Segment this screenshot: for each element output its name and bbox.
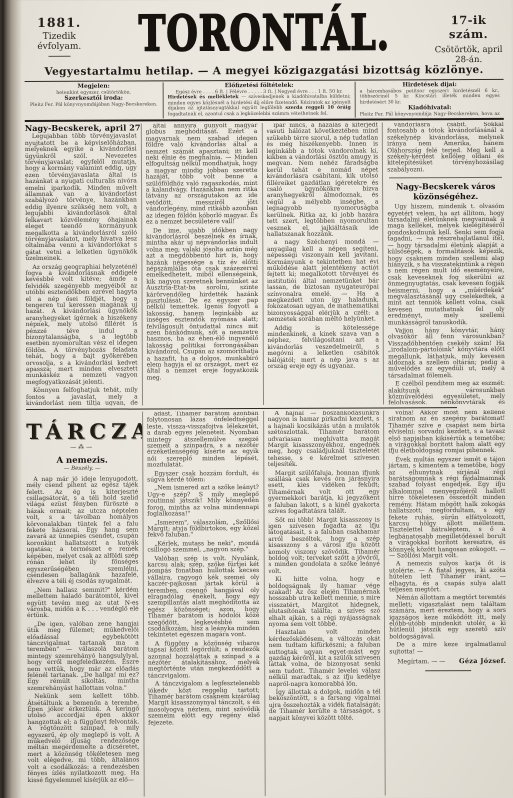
- paragraph: Így állottak a dolgok, midőn a tél bekös…: [269, 690, 381, 723]
- column-2: által annyira gunyolt magyar globus megh…: [146, 123, 264, 406]
- paragraph: Az ország geographiai helyzeténél fogva …: [25, 264, 137, 386]
- paragraph: „De igen, valóban zene hangjai ütik meg …: [27, 621, 139, 692]
- paragraph: Addig is kötelessége mindenkinek, a kine…: [267, 325, 379, 370]
- paragraph: Valóban szép is volt. Nyulánk, karcsu al…: [147, 556, 259, 640]
- scan-binding-edge: [0, 0, 22, 798]
- paragraph: Margit szülőfaluja, honnan ifjunk szállá…: [268, 470, 380, 515]
- paragraph: A nap már jó ideje lenyugodott, mély cse…: [26, 476, 138, 585]
- paragraph: A függöny a közönség viharos tapsai közö…: [148, 641, 260, 680]
- info-appearance: Megjelen: hetenkint egyszer, csütörtökön…: [25, 82, 163, 119]
- paragraph: Vajjon hány könyvtár, hány olvasókör áll…: [388, 328, 505, 380]
- divider: [48, 56, 70, 57]
- info-text: a háromhasábos petitsor egyszeri hirdeté…: [360, 89, 500, 106]
- column-4: volna! Akkor most nem kellene siratnom a…: [388, 410, 506, 796]
- ornament-flourish: —⁂—: [26, 444, 138, 451]
- issue-date: Csötörtök, april 28-án.: [434, 45, 504, 65]
- masthead-left: 1881. Tizedik évfolyam.: [24, 15, 94, 57]
- story-text: volna! Akkor most nem kellene siratnom a…: [388, 410, 506, 656]
- paragraph: volna! Akkor most nem kellene siratnom a…: [388, 410, 505, 455]
- paragraph: De a mire keze irgalmatlanul sujtotta! —: [389, 642, 506, 655]
- paragraph: A tánczvigalom a legfesztelenebb jókedv …: [148, 681, 260, 726]
- paragraph: E czélból pendítem meg az eszmét: alakít…: [388, 381, 505, 404]
- paragraph: „Nem hallasz semmit?" kérdém mellettem h…: [27, 587, 139, 620]
- paragraph: adást, Tihamér barátom azonban folytonos…: [147, 411, 259, 469]
- publication-year: 1881.: [24, 15, 94, 30]
- publication-info-bar: Megjelen: hetenkint egyszer, csütörtökön…: [25, 81, 504, 119]
- info-bold: szerda reggeli 10 óráig: [285, 106, 350, 111]
- column-2: adást, Tihamér barátom azonban folytonos…: [147, 411, 265, 797]
- article-text: ipar nincs, a házalás a kiterjedt vasuti…: [266, 122, 379, 370]
- paragraph: Évek multán egyszer ismét e tájon jártam…: [389, 457, 506, 560]
- paragraph: vándorlásra csábit. Sokkal fontosabb a t…: [387, 122, 504, 174]
- paragraph: De ime, ujabb időkben nagy kivándorlásró…: [146, 227, 258, 381]
- paragraph: A hajnal — boszankodásunkra nagyon is ha…: [268, 410, 380, 468]
- masthead: 1881. Tizedik évfolyam. TORONTÁL. 17-ik …: [24, 4, 503, 68]
- column-1: TÁRCZA. —⁂— A nemezis. — Beszély. — A na…: [26, 411, 144, 797]
- masthead-center: TORONTÁL.: [94, 4, 434, 61]
- story-text: A nap már jó ideje lenyugodott, mély cse…: [26, 476, 139, 784]
- info-subscription: Előfizetési föltételek: Egész évre . . .…: [163, 82, 356, 119]
- paragraph: „Ismerem", válaszolám, „Szőllősi Margit;…: [147, 519, 259, 539]
- paragraph: ipar nincs, a házalás a kiterjedt vasuti…: [266, 122, 378, 238]
- lead-article-section: Nagy-Becskerek, april 27-én. Legujabban …: [25, 122, 505, 406]
- newspaper-subtitle: Vegyestartalmu hetilap. — A megyei közig…: [25, 64, 504, 78]
- paragraph: „Nem ismered azt a szőke leányt? Ugy-e s…: [147, 485, 259, 518]
- info-text: Pleitz Fer. Pál könyvnyomdájában Nagy-Be…: [29, 102, 159, 108]
- address-headline: Nagy-Becskerek város közönségéhez.: [389, 177, 502, 201]
- paragraph: Legujabban több törvényjavaslat nyujtato…: [25, 134, 137, 263]
- column-4: vándorlásra csábit. Sokkal fontosabb a t…: [387, 122, 505, 405]
- paragraph: Nekünk sem kellett több. Átsétáltunk a b…: [27, 694, 139, 784]
- paragraph: Egyszer csak hozzám fordult, és súgva ké…: [147, 471, 259, 484]
- paragraph: „Kérlek, mutass be neki", mondá csillogó…: [147, 541, 259, 554]
- article-text: Legujabban több törvényjavaslat nyujtato…: [25, 134, 138, 406]
- feuilleton-section: TÁRCZA. —⁂— A nemezis. — Beszély. — A na…: [26, 410, 507, 797]
- issue-number: 17-ik szám.: [434, 13, 504, 41]
- paragraph: Ki hitte volna, hogy e boldogságnak ily …: [268, 577, 380, 629]
- paragraph: A nemezis sulyos karja őt is utolérte. —…: [389, 561, 506, 594]
- article-text: Ugy hiszem, mindenik t. olvasóm egyetért…: [387, 204, 505, 404]
- end-divider: [425, 671, 471, 672]
- volume-label: Tizedik évfolyam.: [24, 32, 94, 52]
- paragraph: Könnyen felfoghatjuk tehát, mily fontos …: [26, 388, 138, 406]
- paragraph: Sőt mi több! Margit kisasszony is igen s…: [268, 517, 380, 575]
- newspaper-page: 1881. Tizedik évfolyam. TORONTÁL. 17-ik …: [0, 0, 513, 798]
- column-1: Nagy-Becskerek, april 27-én. Legujabban …: [25, 123, 143, 406]
- paragraph: Némán állottam a megtört teremtés mellet…: [389, 595, 506, 640]
- info-bold: Hirdetések és mellékletek: [168, 95, 239, 100]
- info-span: fogadtatnak el, azontul csak a legközele…: [168, 112, 328, 118]
- paragraph: a nagy Széchenyi mondá — anyagilag kell …: [267, 240, 379, 324]
- info-text: Hirdetések és mellékletek — szíveskedjen…: [168, 95, 351, 118]
- story-text: adást, Tihamér barátom azonban folytonos…: [147, 411, 260, 727]
- column-3: ipar nincs, a házalás a kiterjedt vasuti…: [266, 122, 384, 405]
- closing-words: Megírtam. — —: [397, 659, 445, 666]
- author-signature: Géza József.: [459, 658, 506, 665]
- signature-row: Megírtam. — — Géza József.: [389, 658, 506, 666]
- paragraph: Hasztalan volt minden kérdezősködésem, a…: [269, 630, 381, 688]
- info-advertising: Hirdetések dijai: a háromhasábos petitso…: [356, 81, 504, 119]
- paragraph: Ugy hiszem, mindenik t. olvasóm egyetért…: [387, 204, 504, 326]
- masthead-right: 17-ik szám. Csötörtök, april 28-án.: [434, 13, 504, 65]
- article-text: vándorlásra csábit. Sokkal fontosabb a t…: [387, 122, 504, 174]
- lead-headline: Nagy-Becskerek, april 27-én.: [25, 125, 137, 132]
- story-text: A hajnal — boszankodásunkra nagyon is ha…: [268, 410, 381, 722]
- feuilleton-title: TÁRCZA.: [26, 420, 138, 444]
- article-text: által annyira gunyolt magyar globus megh…: [146, 123, 259, 382]
- paragraph: által annyira gunyolt magyar globus megh…: [146, 123, 258, 226]
- story-title: A nemezis.: [26, 458, 138, 465]
- newspaper-title: TORONTÁL.: [138, 4, 390, 61]
- story-subtitle: — Beszély. —: [26, 466, 138, 473]
- column-3: A hajnal — boszankodásunkra nagyon is ha…: [268, 410, 386, 796]
